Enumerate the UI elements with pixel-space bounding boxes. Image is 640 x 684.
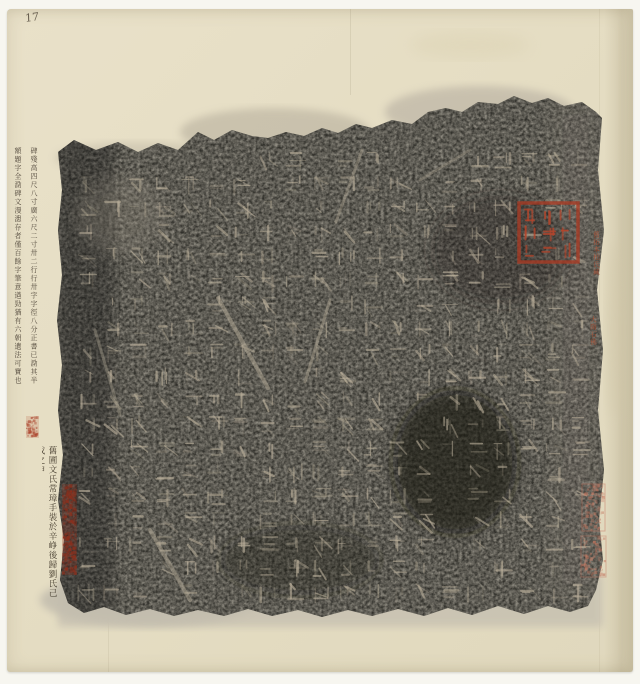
paper-stain bbox=[605, 240, 625, 420]
colophon-column: 舊圃文氏常璋手裝於辛峥後歸劉氏己戌之申 bbox=[42, 446, 58, 598]
margin-annotation-column-1: 碑殘高四尺八寸廣六尺二寸卅二行行卅字字徑八分正書已泐其半 bbox=[26, 147, 42, 445]
paper-stain bbox=[410, 31, 530, 59]
margin-annotation-column-2: 額題字全泐碑文漫漶存者僅百餘字筆意遒勁猶有六朝遺法可寶也 bbox=[10, 147, 26, 445]
page-number: 17 bbox=[25, 10, 39, 25]
scanned-rubbing-page: { "artwork": { "title": "Ink rubbing of … bbox=[0, 0, 640, 684]
red-inscription-top: 舊拓本柏氏藏 bbox=[589, 231, 601, 303]
tall-left-collector-seal bbox=[62, 484, 77, 575]
dark-blotch bbox=[220, 525, 380, 595]
dark-blotch bbox=[393, 390, 517, 534]
red-inscription-bottom: 大隋石佛 bbox=[586, 316, 598, 358]
margin-annotation-columns: 碑殘高四尺八寸廣六尺二寸卅二行行卅字字徑八分正書已泐其半 額題字全泐碑文漫漶存者… bbox=[8, 147, 42, 445]
stele-rubbing bbox=[0, 0, 640, 684]
